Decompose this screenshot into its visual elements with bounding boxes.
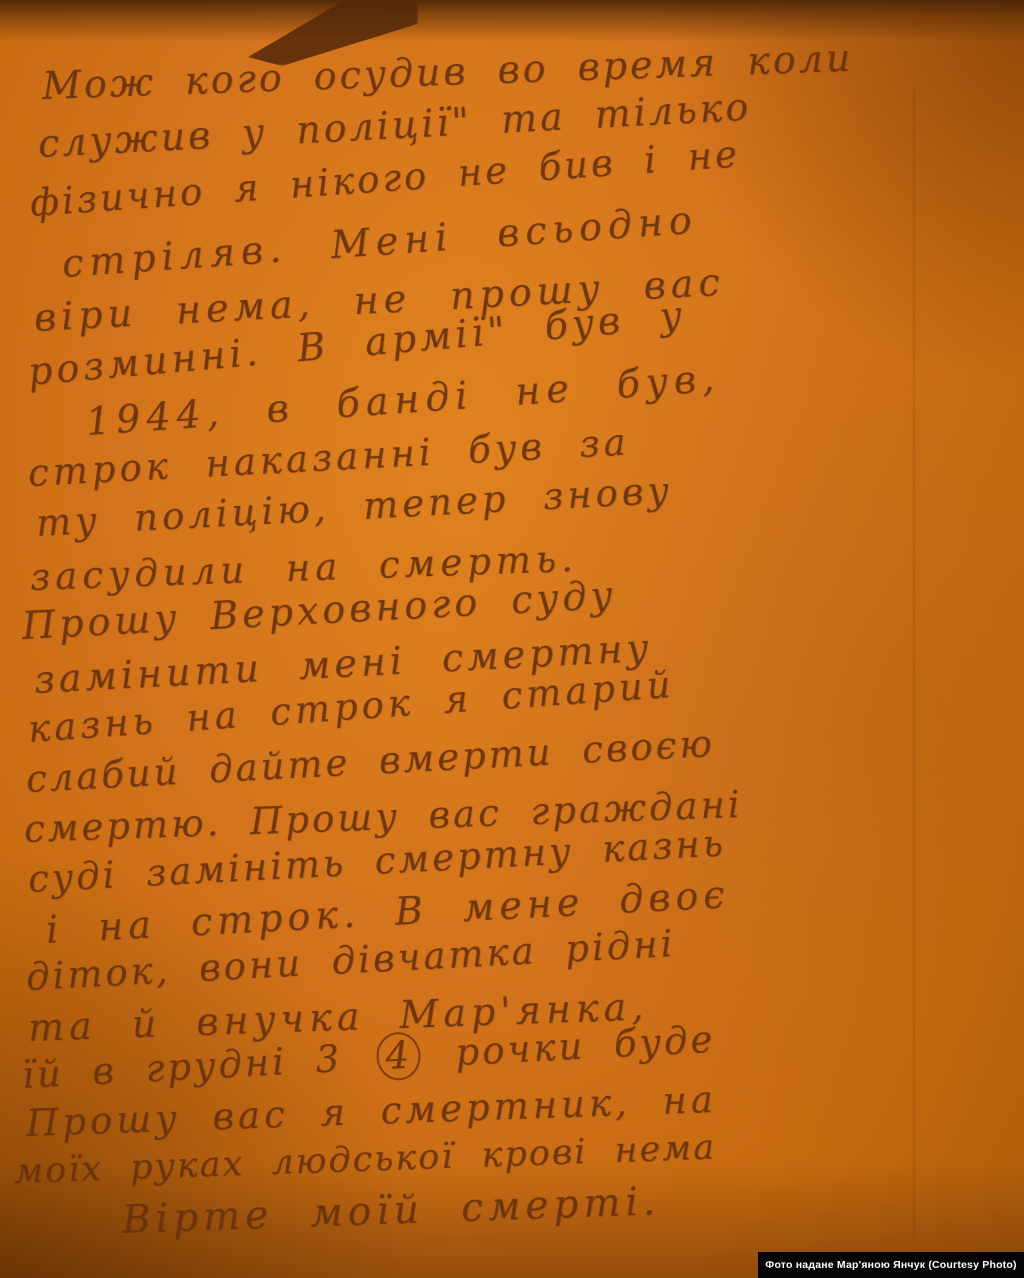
paper-fold-line: [913, 88, 915, 1238]
circled-number: 4: [376, 1031, 422, 1081]
handwritten-letter-photo: Мож кого осудив во время коли служив у п…: [0, 0, 1024, 1278]
handwritten-line: Вірте моїй смерті.: [121, 1179, 661, 1243]
photo-credit-caption: Фото надане Мар'яною Янчук (Courtesy Pho…: [758, 1252, 1024, 1278]
paper-top-edge-shadow: [0, 0, 1024, 42]
